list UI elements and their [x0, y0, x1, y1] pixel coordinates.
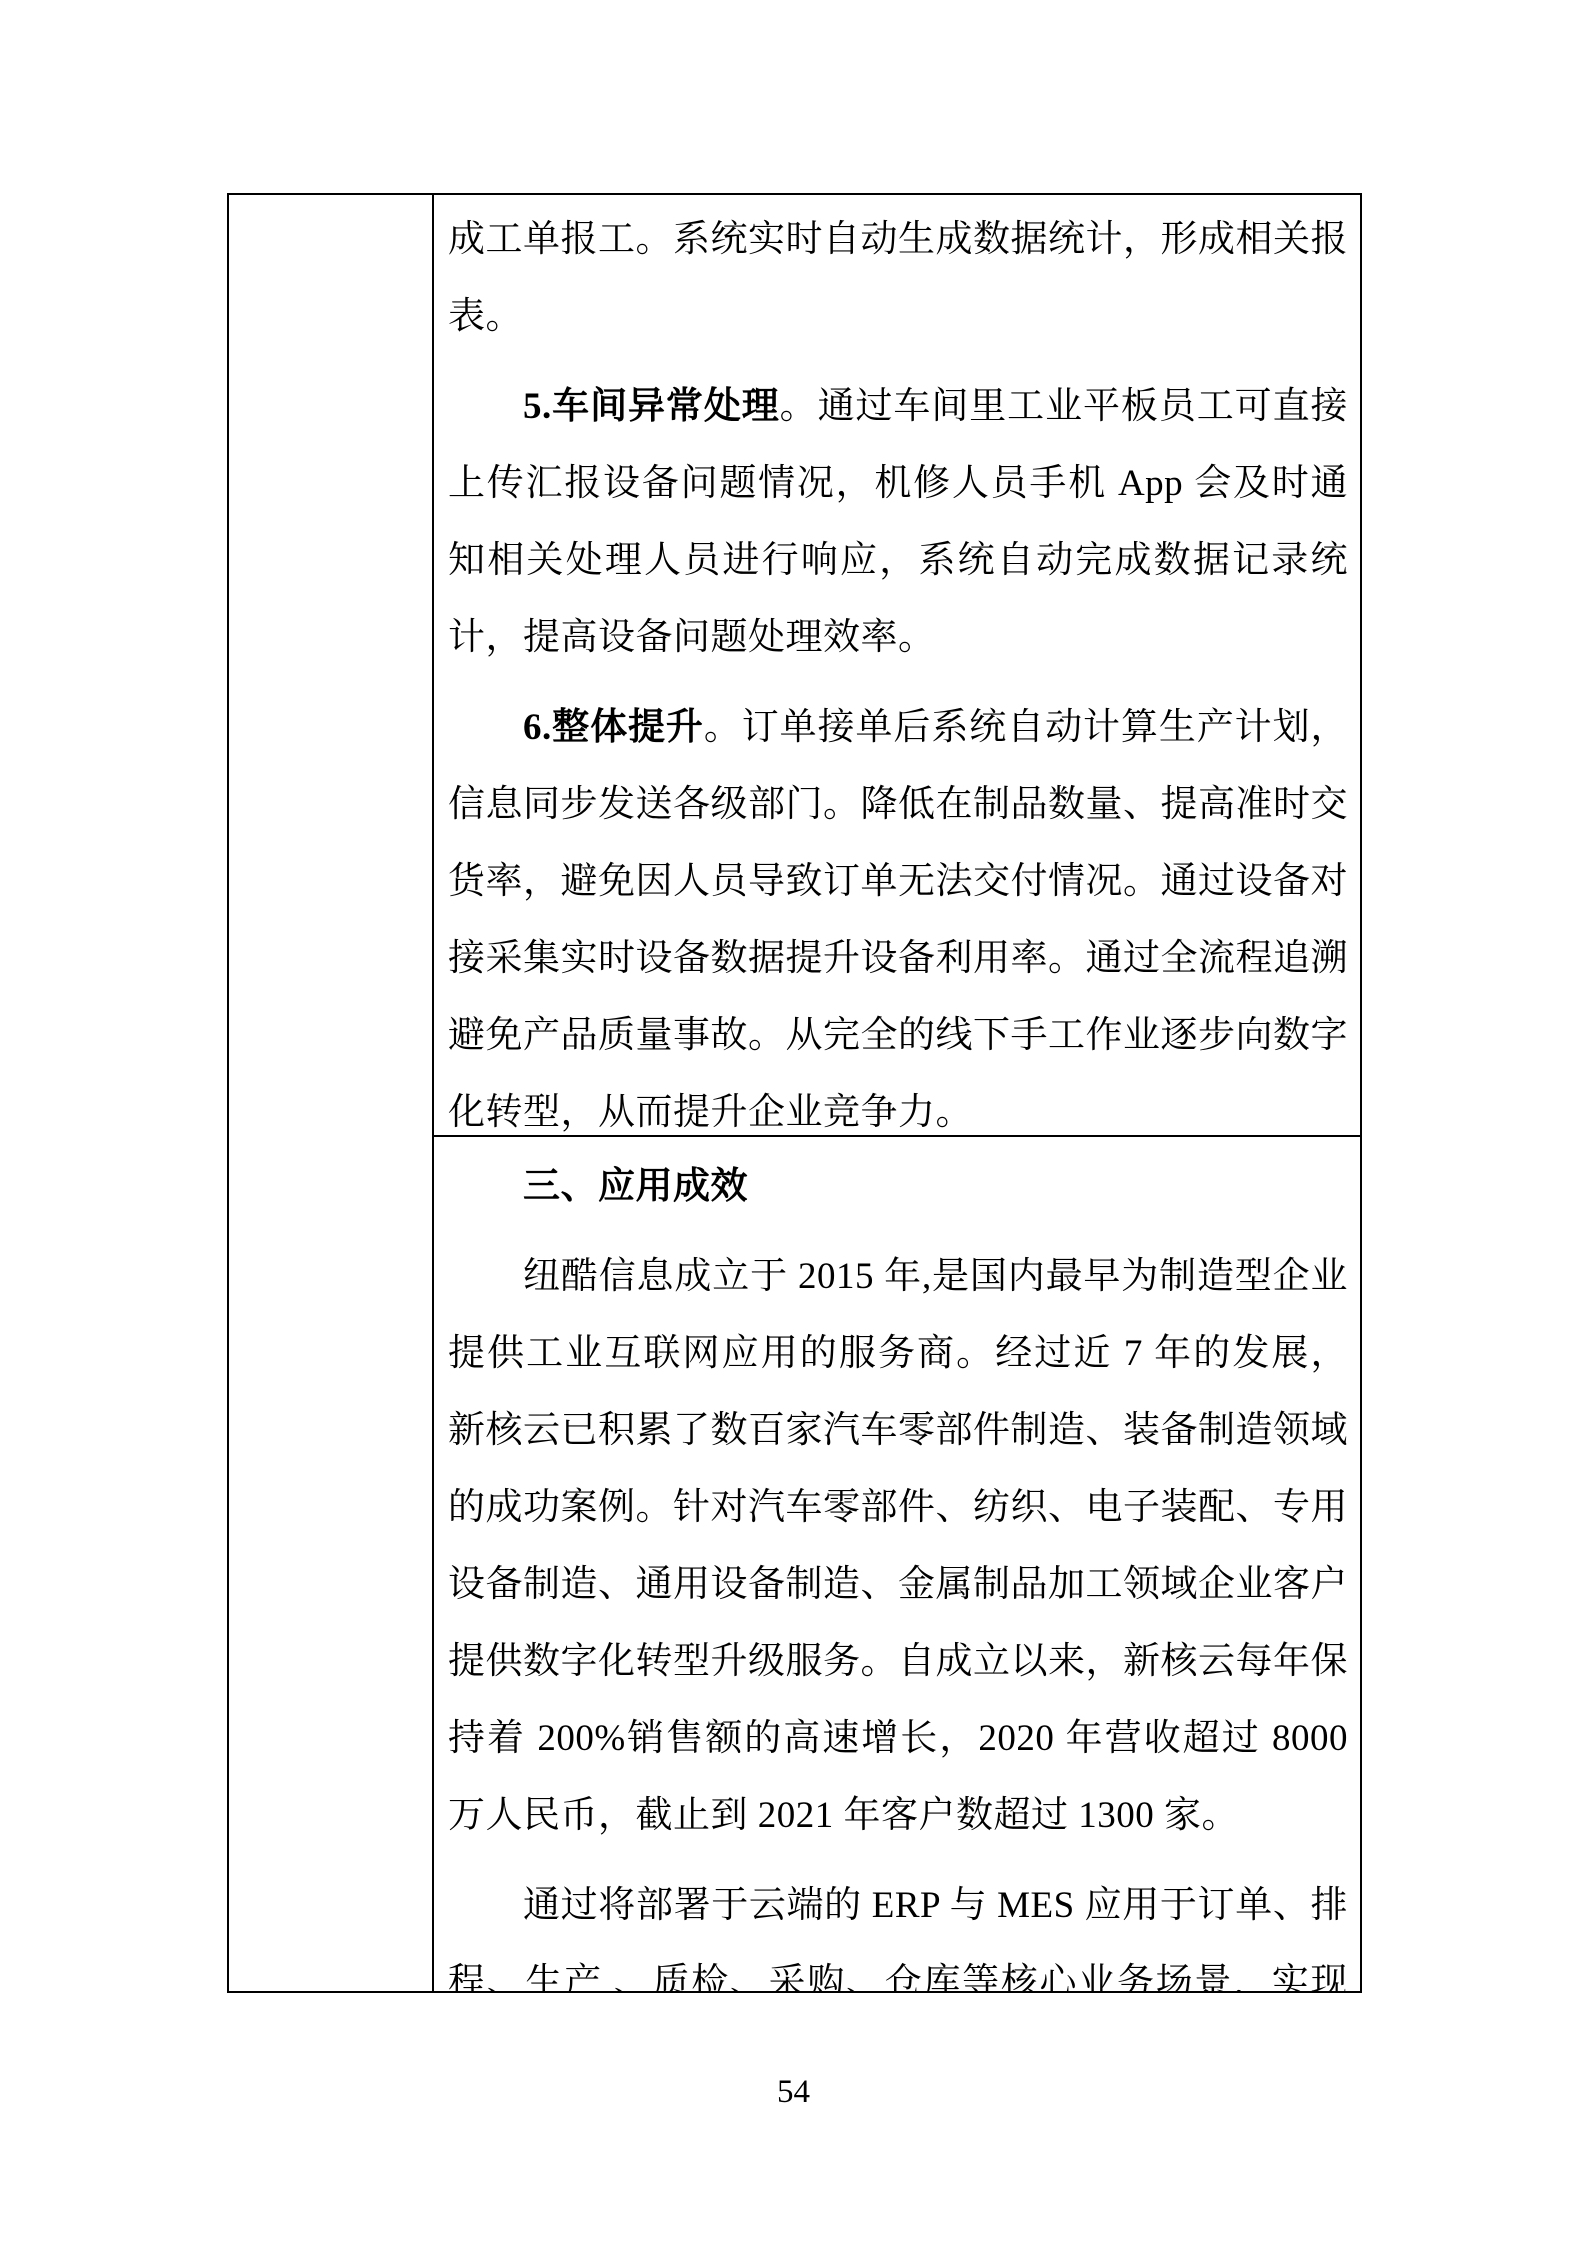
- bold-text-run: 6.整体提升: [523, 707, 704, 748]
- text-run: 。订单接单后系统自动计算生产计划，信息同步发送各级部门。降低在制品数量、提高准时…: [448, 707, 1348, 1133]
- page-number: 54: [0, 2072, 1587, 2112]
- paragraph: 纽酷信息成立于 2015 年,是国内最早为制造型企业提供工业互联网应用的服务商。…: [448, 1238, 1348, 1854]
- text-run: 成工单报工。系统实时自动生成数据统计，形成相关报表。: [448, 219, 1348, 337]
- table-right-column: 成工单报工。系统实时自动生成数据统计，形成相关报表。5.车间异常处理。通过车间里…: [434, 195, 1360, 1991]
- table-cell-bottom: 三、应用成效纽酷信息成立于 2015 年,是国内最早为制造型企业提供工业互联网应…: [434, 1137, 1360, 1991]
- document-page: 成工单报工。系统实时自动生成数据统计，形成相关报表。5.车间异常处理。通过车间里…: [0, 0, 1587, 2245]
- paragraph: 三、应用成效: [448, 1148, 1348, 1225]
- paragraph: 成工单报工。系统实时自动生成数据统计，形成相关报表。: [448, 201, 1348, 355]
- bold-text-run: 三、应用成效: [523, 1166, 748, 1207]
- table-cell-top: 成工单报工。系统实时自动生成数据统计，形成相关报表。5.车间异常处理。通过车间里…: [434, 195, 1360, 1137]
- paragraph: 5.车间异常处理。通过车间里工业平板员工可直接上传汇报设备问题情况，机修人员手机…: [448, 368, 1348, 676]
- paragraph: 通过将部署于云端的 ERP 与 MES 应用于订单、排程、生产 、质检、采购、仓…: [448, 1867, 1348, 1991]
- table-left-cell: [229, 195, 434, 1991]
- text-run: 纽酷信息成立于 2015 年,是国内最早为制造型企业提供工业互联网应用的服务商。…: [448, 1256, 1348, 1836]
- paragraph: 6.整体提升。订单接单后系统自动计算生产计划，信息同步发送各级部门。降低在制品数…: [448, 689, 1348, 1137]
- bold-text-run: 5.车间异常处理: [523, 386, 780, 427]
- text-run: 通过将部署于云端的 ERP 与 MES 应用于订单、排程、生产 、质检、采购、仓…: [448, 1885, 1348, 1991]
- content-table: 成工单报工。系统实时自动生成数据统计，形成相关报表。5.车间异常处理。通过车间里…: [227, 193, 1362, 1993]
